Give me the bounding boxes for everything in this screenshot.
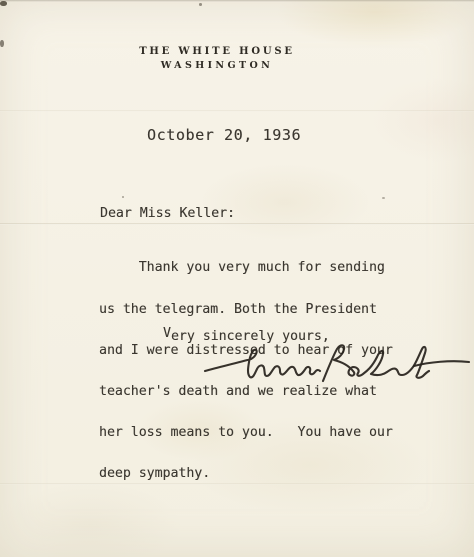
- letterhead-title: THE WHITE HOUSE: [0, 46, 434, 57]
- closing-initial: V: [163, 326, 171, 341]
- scan-top-edge-shadow: [0, 0, 474, 2]
- paper-speck: [0, 1, 7, 6]
- signature-stroke-last-name: [323, 345, 429, 381]
- paper-speck: [122, 196, 124, 198]
- body-line: Thank you very much for sending: [99, 261, 393, 275]
- letterhead-city: WASHINGTON: [0, 60, 434, 71]
- salutation: Dear Miss Keller:: [100, 206, 235, 221]
- fold-crease-top: [0, 110, 474, 112]
- body-line: her loss means to you. You have our: [99, 426, 393, 440]
- paper-speck: [382, 197, 385, 199]
- body-line: deep sympathy.: [99, 467, 393, 481]
- letter-page: THE WHITE HOUSE WASHINGTON October 20, 1…: [0, 0, 474, 557]
- fold-crease-middle: [0, 223, 474, 225]
- body-line: us the telegram. Both the President: [99, 303, 393, 317]
- signature-stroke-first-name: [205, 350, 320, 378]
- paper-speck: [199, 3, 202, 6]
- signature-eleanor-roosevelt: [203, 340, 473, 400]
- date-line: October 20, 1936: [147, 126, 301, 144]
